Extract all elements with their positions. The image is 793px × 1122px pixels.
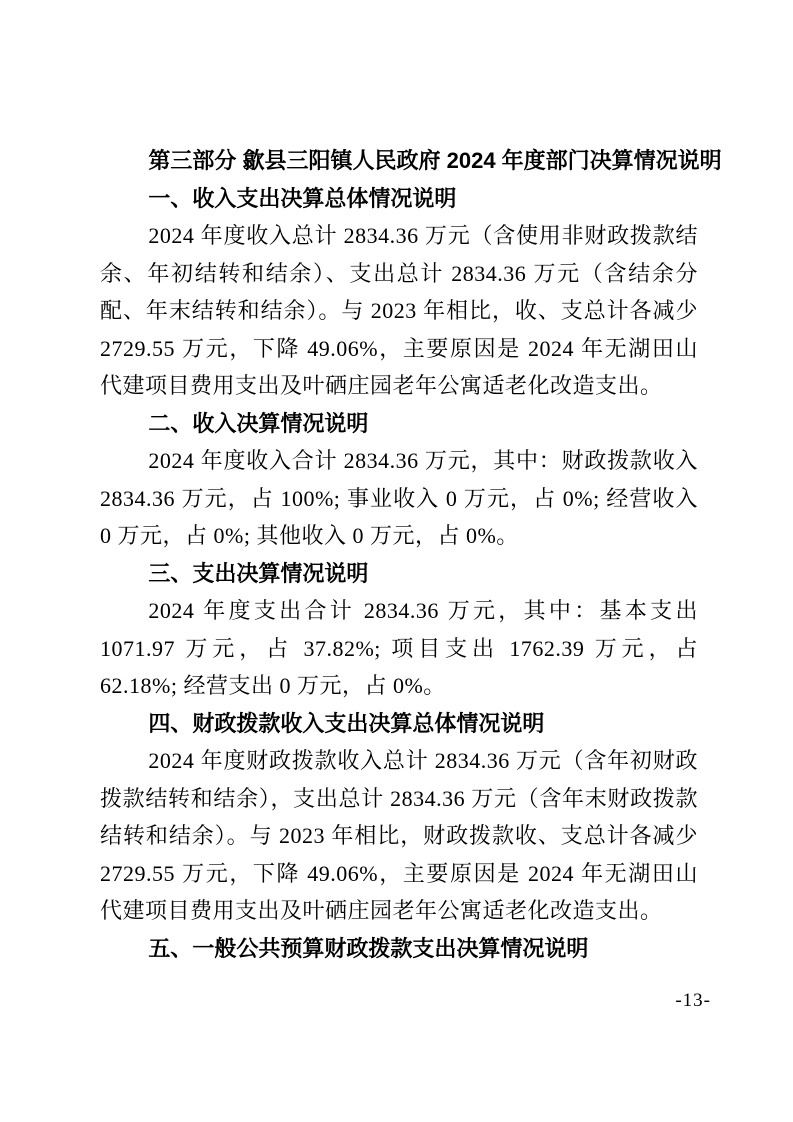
section-paragraph-expenditure-details: 2024 年度支出合计 2834.36 万元，其中：基本支出 1071.97 万… bbox=[100, 592, 698, 705]
document-title: 第三部分 歙县三阳镇人民政府 2024 年度部门决算情况说明 bbox=[100, 142, 698, 180]
section-heading-income-details: 二、收入决算情况说明 bbox=[100, 405, 698, 443]
section-paragraph-income-expenditure-overview: 2024 年度收入总计 2834.36 万元（含使用非财政拨款结余、年初结转和结… bbox=[100, 217, 698, 405]
document-body: 第三部分 歙县三阳镇人民政府 2024 年度部门决算情况说明 一、收入支出决算总… bbox=[100, 142, 698, 967]
page-number: -13- bbox=[675, 990, 711, 1012]
section-heading-public-budget-expenditure: 五、一般公共预算财政拨款支出决算情况说明 bbox=[100, 930, 698, 968]
section-paragraph-fiscal-allocation-overview: 2024 年度财政拨款收入总计 2834.36 万元（含年初财政拨款结转和结余）… bbox=[100, 742, 698, 930]
document-page: 第三部分 歙县三阳镇人民政府 2024 年度部门决算情况说明 一、收入支出决算总… bbox=[0, 0, 793, 1122]
section-paragraph-income-details: 2024 年度收入合计 2834.36 万元，其中：财政拨款收入 2834.36… bbox=[100, 442, 698, 555]
section-heading-expenditure-details: 三、支出决算情况说明 bbox=[100, 555, 698, 593]
section-heading-fiscal-allocation-overview: 四、财政拨款收入支出决算总体情况说明 bbox=[100, 705, 698, 743]
section-heading-income-expenditure-overview: 一、收入支出决算总体情况说明 bbox=[100, 180, 698, 218]
